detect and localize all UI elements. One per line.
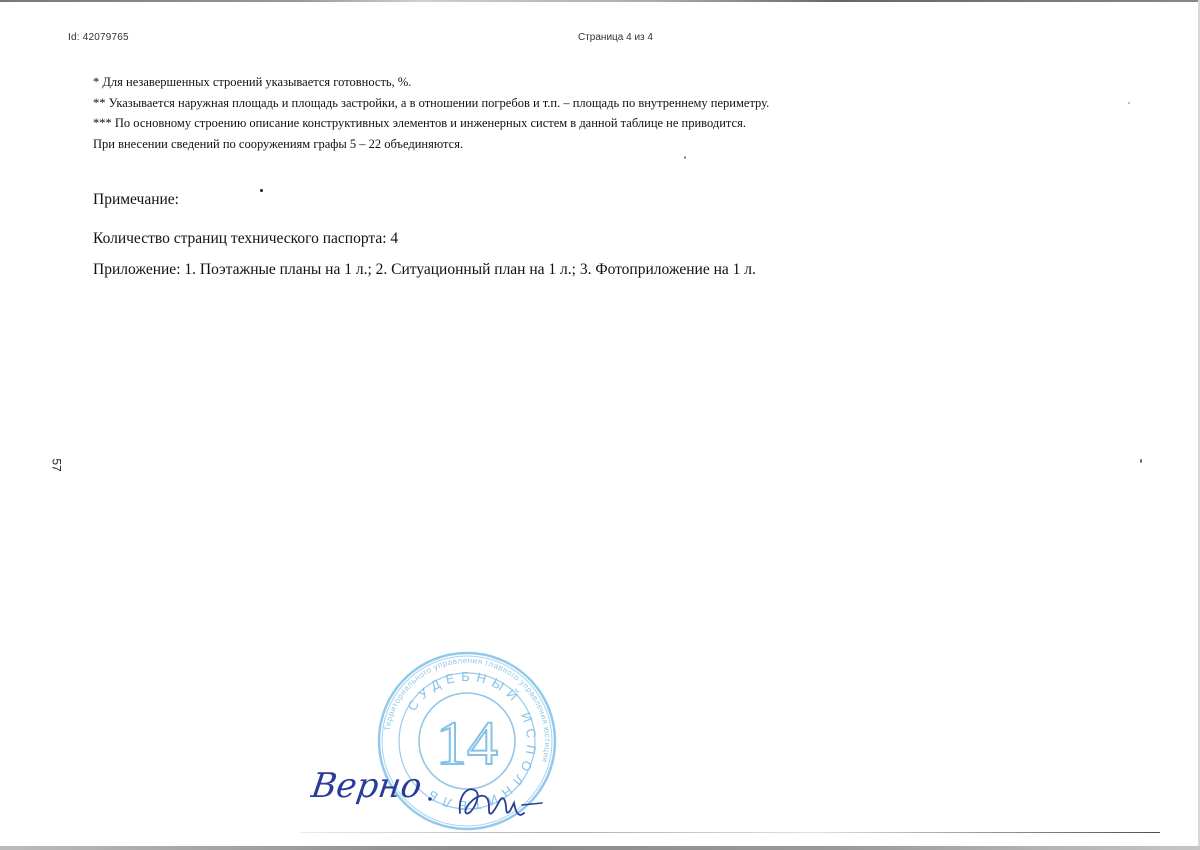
scan-speck (1128, 102, 1130, 104)
signature-icon: Верно (310, 755, 550, 830)
handwritten-signature: Верно (310, 755, 550, 830)
footnote-2: ** Указывается наружная площадь и площад… (93, 93, 769, 114)
scan-speck (684, 156, 686, 159)
scan-speck (260, 189, 263, 192)
footnote-3: *** По основному строению описание конст… (93, 113, 769, 134)
note-label: Примечание: (93, 191, 179, 209)
signature-verno-text: Верно (310, 766, 424, 806)
page-indicator: Страница 4 из 4 (578, 32, 653, 43)
footnote-1: * Для незавершенных строений указывается… (93, 72, 769, 93)
document-id: Id: 42079765 (68, 32, 129, 43)
footnotes: * Для незавершенных строений указывается… (93, 72, 769, 154)
appendix-list: Приложение: 1. Поэтажные планы на 1 л.; … (93, 261, 756, 279)
footnote-4: При внесении сведений по сооружениям гра… (93, 134, 769, 155)
side-page-number: 57 (50, 458, 64, 471)
scan-bottom-border (0, 846, 1200, 850)
scan-bottom-line (300, 832, 1160, 833)
scan-top-border (0, 0, 1200, 2)
pages-count: Количество страниц технического паспорта… (93, 230, 398, 248)
scan-speck (1140, 459, 1142, 463)
